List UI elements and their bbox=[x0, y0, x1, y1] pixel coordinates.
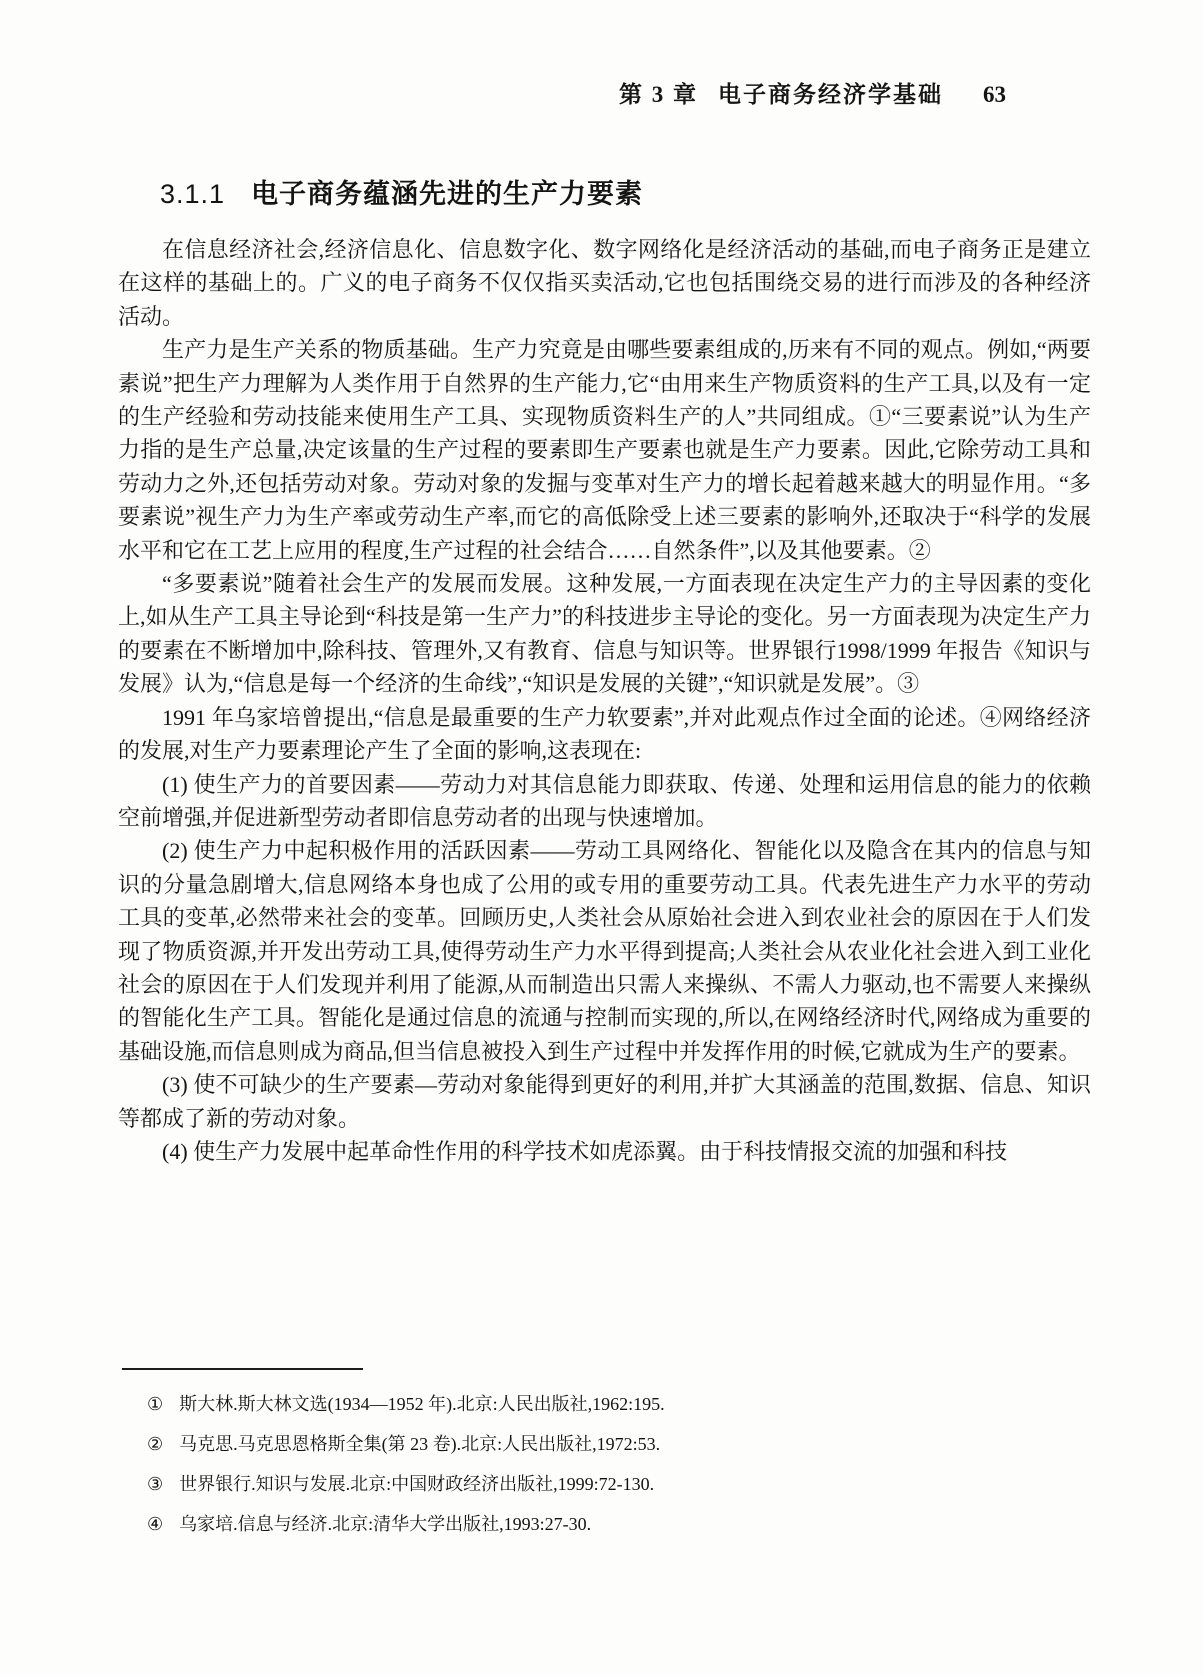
paragraph: 1991 年乌家培曾提出,“信息是最重要的生产力软要素”,并对此观点作过全面的论… bbox=[118, 701, 1091, 768]
page-number: 63 bbox=[983, 82, 1006, 108]
paragraph: (4) 使生产力发展中起革命性作用的科学技术如虎添翼。由于科技情报交流的加强和科… bbox=[118, 1135, 1091, 1168]
paragraph: “多要素说”随着社会生产的发展而发展。这种发展,一方面表现在决定生产力的主导因素… bbox=[118, 567, 1091, 701]
footnote-text: 斯大林.斯大林文选(1934—1952 年).北京:人民出版社,1962:195… bbox=[179, 1384, 665, 1424]
chapter-title: 电子商务经济学基础 bbox=[718, 76, 943, 109]
running-header: 第 3 章 电子商务经济学基础 63 bbox=[619, 76, 1006, 109]
section-number: 3.1.1 bbox=[160, 179, 225, 210]
chapter-label: 第 3 章 bbox=[619, 76, 698, 109]
paragraph: (2) 使生产力中起积极作用的活跃因素——劳动工具网络化、智能化以及隐含在其内的… bbox=[118, 834, 1091, 1068]
footnote-marker: ④ bbox=[147, 1504, 163, 1544]
paragraph: 生产力是生产关系的物质基础。生产力究竟是由哪些要素组成的,历来有不同的观点。例如… bbox=[118, 333, 1091, 567]
footnote-text: 马克思.马克思恩格斯全集(第 23 卷).北京:人民出版社,1972:53. bbox=[179, 1424, 660, 1464]
footnote-divider bbox=[122, 1368, 363, 1370]
book-page: 第 3 章 电子商务经济学基础 63 3.1.1 电子商务蕴涵先进的生产力要素 … bbox=[0, 0, 1203, 1675]
footnote-text: 世界银行.知识与发展.北京:中国财政经济出版社,1999:72-130. bbox=[179, 1464, 654, 1504]
footnote-text: 乌家培.信息与经济.北京:清华大学出版社,1993:27-30. bbox=[179, 1504, 591, 1544]
footnote-marker: ③ bbox=[147, 1464, 163, 1504]
paragraph: (3) 使不可缺少的生产要素—劳动对象能得到更好的利用,并扩大其涵盖的范围,数据… bbox=[118, 1068, 1091, 1135]
footnote-marker: ② bbox=[147, 1424, 163, 1464]
section-title: 电子商务蕴涵先进的生产力要素 bbox=[251, 172, 643, 211]
body-text: 在信息经济社会,经济信息化、信息数字化、数字网络化是经济活动的基础,而电子商务正… bbox=[118, 233, 1091, 1168]
footnote-marker: ① bbox=[147, 1384, 163, 1424]
footnote-item: ③ 世界银行.知识与发展.北京:中国财政经济出版社,1999:72-130. bbox=[147, 1464, 1017, 1504]
footnotes: ① 斯大林.斯大林文选(1934—1952 年).北京:人民出版社,1962:1… bbox=[147, 1384, 1017, 1544]
footnote-item: ② 马克思.马克思恩格斯全集(第 23 卷).北京:人民出版社,1972:53. bbox=[147, 1424, 1017, 1464]
section-heading: 3.1.1 电子商务蕴涵先进的生产力要素 bbox=[160, 172, 643, 211]
footnote-item: ① 斯大林.斯大林文选(1934—1952 年).北京:人民出版社,1962:1… bbox=[147, 1384, 1017, 1424]
paragraph: (1) 使生产力的首要因素——劳动力对其信息能力即获取、传递、处理和运用信息的能… bbox=[118, 768, 1091, 835]
footnote-item: ④ 乌家培.信息与经济.北京:清华大学出版社,1993:27-30. bbox=[147, 1504, 1017, 1544]
paragraph: 在信息经济社会,经济信息化、信息数字化、数字网络化是经济活动的基础,而电子商务正… bbox=[118, 233, 1091, 333]
